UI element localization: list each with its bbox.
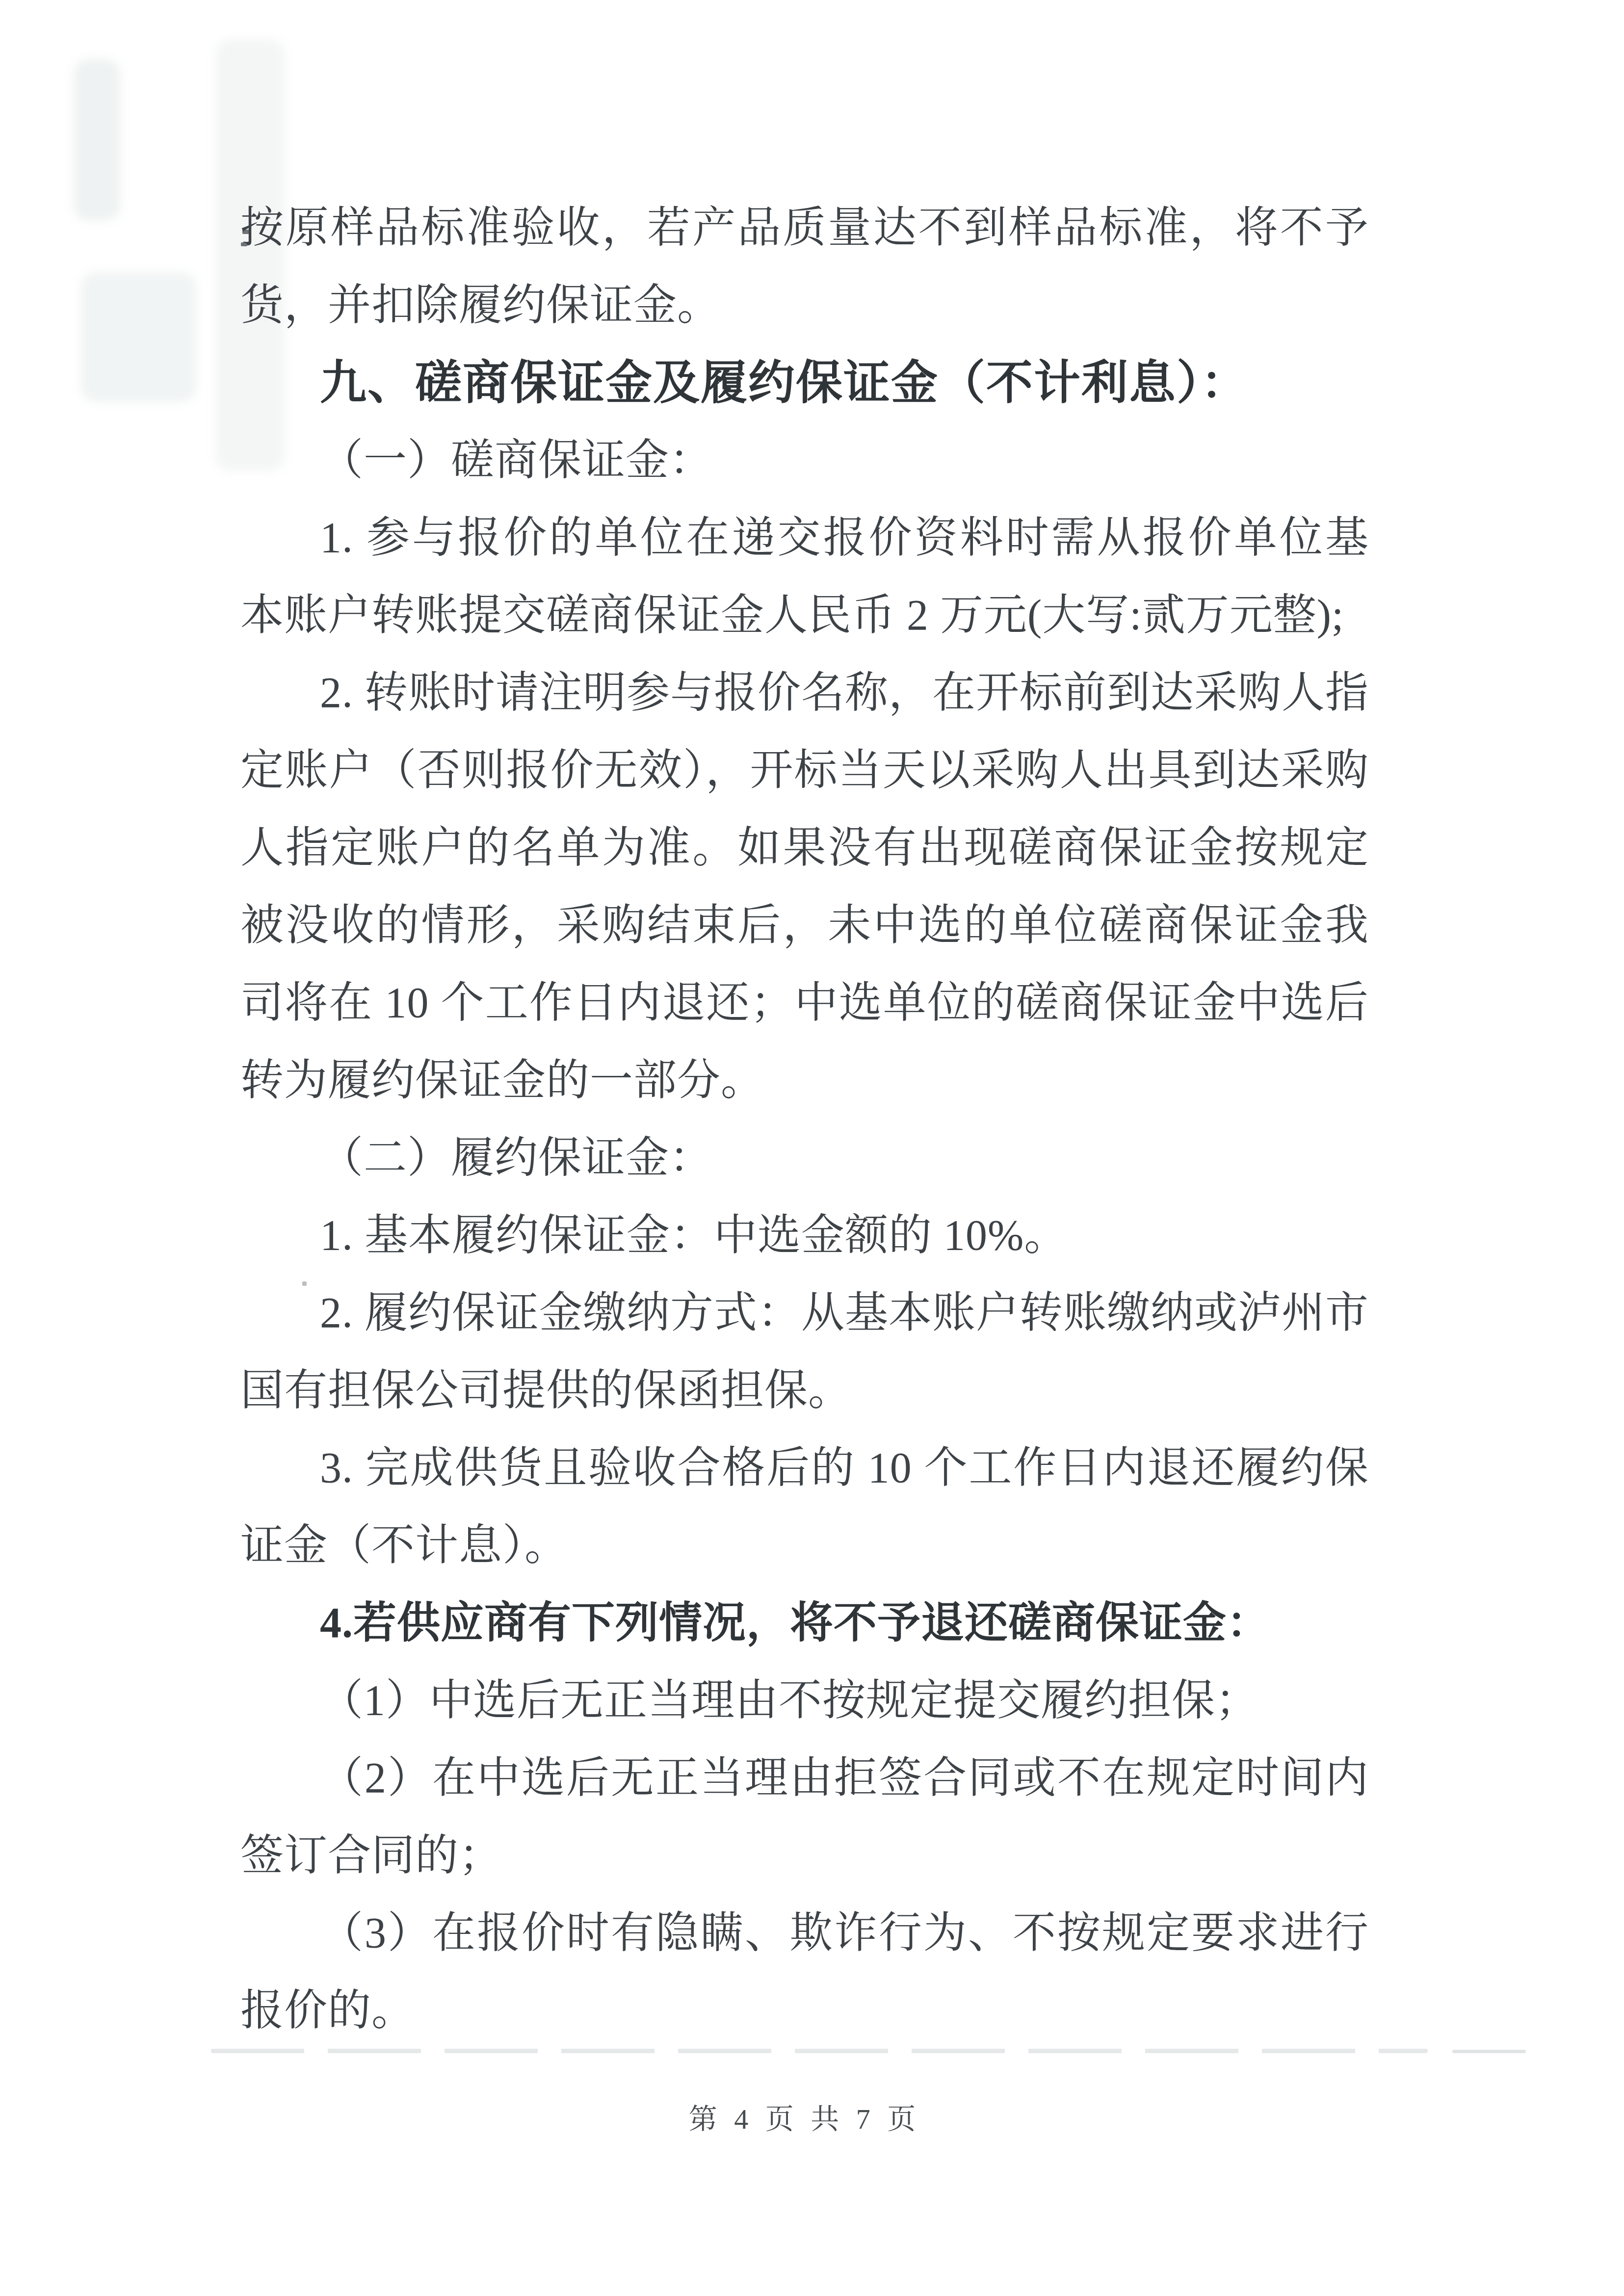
text-line: 报价的。 (240, 1972, 1369, 2050)
text-line: 货，并扣除履约保证金。 (240, 267, 1369, 344)
text-line: 司将在 10 个工作日内退还；中选单位的磋商保证金中选后 (240, 965, 1369, 1042)
emphasis-line: 4.若供应商有下列情况，将不予退还磋商保证金： (240, 1585, 1369, 1662)
subsection-heading: （二）履约保证金： (240, 1120, 1369, 1197)
section-heading: 九、磋商保证金及履约保证金（不计利息）： (240, 344, 1369, 422)
page-number-footer: 第 4 页 共 7 页 (240, 2096, 1369, 2137)
text-line: （1）中选后无正当理由不按规定提交履约担保； (240, 1662, 1369, 1740)
text-line: 国有担保公司提供的保函担保。 (240, 1352, 1369, 1430)
text-line: （3）在报价时有隐瞒、欺诈行为、不按规定要求进行 (240, 1895, 1369, 1972)
text-line: 本账户转账提交磋商保证金人民币 2 万元(大写:贰万元整); (240, 577, 1369, 654)
scan-smudge (74, 59, 120, 221)
text-line: 2. 转账时请注明参与报价名称，在开标前到达采购人指 (240, 654, 1369, 732)
text-line: （2）在中选后无正当理由拒签合同或不在规定时间内 (240, 1740, 1369, 1817)
text-line: 签订合同的； (240, 1817, 1369, 1895)
scan-streak (1452, 2050, 1526, 2053)
text-line: 1. 参与报价的单位在递交报价资料时需从报价单位基 (240, 499, 1369, 577)
scan-smudge (81, 272, 196, 402)
document-body: 按原样品标准验收，若产品质量达不到样品标准，将不予收 货，并扣除履约保证金。 九… (240, 189, 1369, 2050)
text-line: 人指定账户的名单为准。如果没有出现磋商保证金按规定应 (240, 809, 1369, 887)
text-line: 1. 基本履约保证金：中选金额的 10%。 (240, 1197, 1369, 1275)
text-line: 2. 履约保证金缴纳方式：从基本账户转账缴纳或泸州市 (240, 1275, 1369, 1352)
text-line: 定账户（否则报价无效），开标当天以采购人出具到达采购 (240, 732, 1369, 809)
text-line: 被没收的情形，采购结束后，未中选的单位磋商保证金我公 (240, 887, 1369, 965)
text-line: 3. 完成供货且验收合格后的 10 个工作日内退还履约保 (240, 1430, 1369, 1507)
scanned-document-page: 按原样品标准验收，若产品质量达不到样品标准，将不予收 货，并扣除履约保证金。 九… (0, 0, 1624, 2296)
text-line: 证金（不计息）。 (240, 1507, 1369, 1585)
text-line: 按原样品标准验收，若产品质量达不到样品标准，将不予收 (240, 189, 1369, 267)
subsection-heading: （一）磋商保证金： (240, 422, 1369, 499)
text-line: 转为履约保证金的一部分。 (240, 1042, 1369, 1120)
